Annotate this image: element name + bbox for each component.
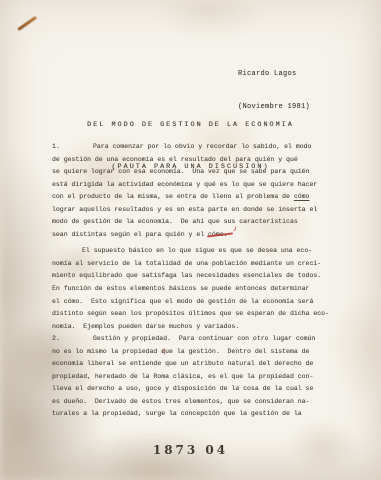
p3-line-6: es dueño. Derivado de estos tres element… (52, 396, 344, 409)
p2-line-1: El supuesto básico en lo que sigue es qu… (52, 245, 344, 258)
p1-line-1-text: Para comenzar por lo obvio y recordar lo… (93, 143, 311, 150)
p2-line-3: miento equilibrado que satisfaga las nec… (52, 270, 344, 283)
paragraph-3: 2.Gestión y propiedad. Para continuar co… (52, 333, 344, 421)
p1-line-8: sean distintas según el para quién y el … (52, 229, 344, 242)
scanned-document-page: Ricardo Lagos (Noviembre 1981) DEL MODO … (0, 0, 381, 480)
p2-line-2: nomía al servicio de la totalidad de una… (52, 258, 344, 271)
title-line-1: DEL MODO DE GESTION DE LA ECONOMIA (0, 118, 381, 132)
scratch-mark (17, 16, 36, 31)
document-body: 1.Para comenzar por lo obvio y recordar … (52, 141, 344, 421)
p2-line-5: el cómo. Esto significa que el modo de g… (52, 296, 344, 309)
p3-line-1: 2.Gestión y propiedad. Para continuar co… (52, 333, 344, 346)
p3-line-3: economía liberal se entiende que un atri… (52, 358, 344, 371)
p1-line-8-text: sean distintas según el para quién y el (52, 231, 208, 238)
p3-line-4: propiedad, heredado de la Roma clásica, … (52, 371, 344, 384)
p3-number: 2. (52, 333, 93, 346)
p1-line-2: de gestión de una economía es el resulta… (52, 154, 344, 167)
paragraph-1: 1.Para comenzar por lo obvio y recordar … (52, 141, 344, 241)
p1-number: 1. (52, 141, 93, 154)
p3-line-1-text: Gestión y propiedad. Para continuar con … (93, 335, 315, 342)
p1-line-5-text: con el producto de la misma, se entra de… (52, 193, 294, 200)
p3-line-2-pre: no es lo mismo la propiedad (52, 348, 161, 355)
p1-line-3: se quiere lograr con esa economía. Una v… (52, 166, 344, 179)
paragraph-2: El supuesto básico en lo que sigue es qu… (52, 245, 344, 333)
author-name: Ricardo Lagos (238, 69, 310, 80)
p3-line-7: turales a la propiedad, surge la concepc… (52, 408, 344, 421)
underlined-word-como: cómo (294, 193, 310, 200)
p3-line-2-post: que la gestión. Dentro del sistema de (161, 348, 309, 355)
p1-line-4: está dirigida la actividad económica y q… (52, 179, 344, 192)
red-pen-struck-word: cómo. (208, 229, 228, 242)
p1-line-5: con el producto de la misma, se entra de… (52, 191, 344, 204)
p1-line-6: lograr aquellos resultados y es en esta … (52, 204, 344, 217)
p1-line-7: modo de gestión de la economía. De ahí q… (52, 216, 344, 229)
p2-line-6: distinto según sean los propósitos últim… (52, 308, 344, 321)
p2-line-7: nomía. Ejemplos pueden darse muchos y va… (52, 321, 344, 334)
archive-number-stamp: 1873 04 (0, 443, 381, 457)
p3-line-2: no es lo mismo la propiedad /que la gest… (52, 346, 344, 359)
p1-line-1: 1.Para comenzar por lo obvio y recordar … (52, 141, 344, 154)
p2-line-4: En función de estos elementos básicos se… (52, 283, 344, 296)
p3-line-5: lleva el derecho a uso, goce y disposici… (52, 383, 344, 396)
